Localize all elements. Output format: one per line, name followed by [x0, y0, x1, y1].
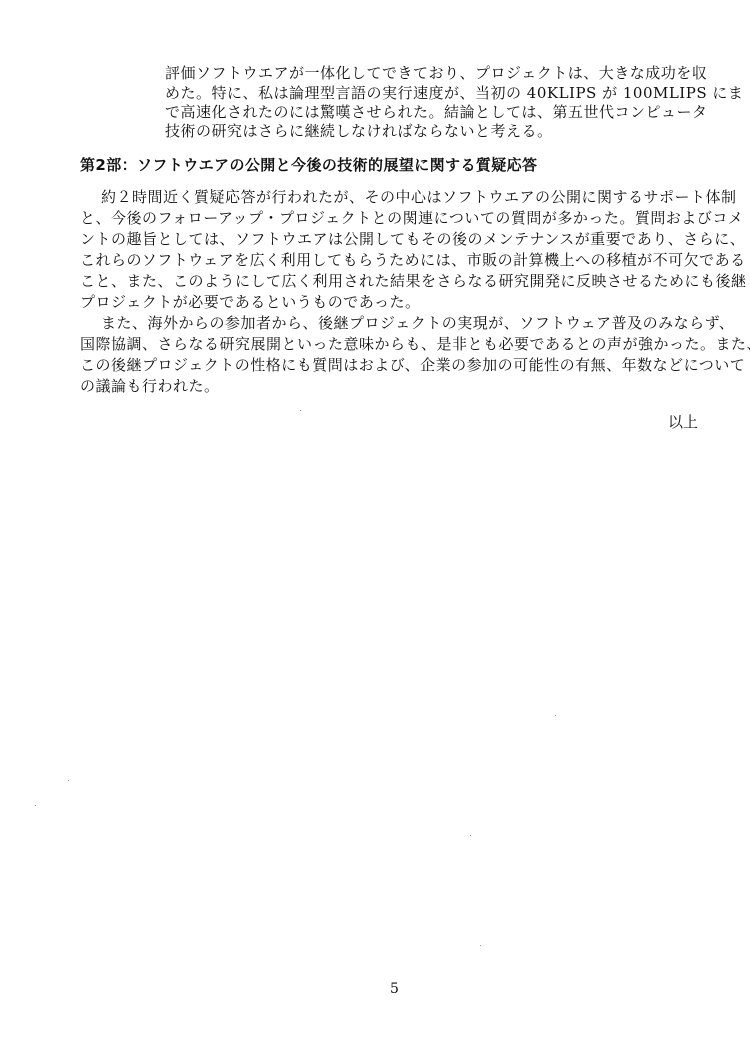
text-line: 技術の研究はさらに継続しなければならないと考える。: [165, 121, 553, 141]
text-line: また、海外からの参加者から、後継プロジェクトの実現が、ソフトウェア普及のみならず…: [101, 313, 734, 333]
text-line: と、今後のフォローアップ・プロジェクトとの関連についての質問が多かった。質問およ…: [80, 208, 743, 228]
page-number: 5: [390, 980, 399, 998]
text-line: プロジェクトが必要であるというものであった。: [80, 292, 421, 312]
text-line: で高速化されたのには驚嘆させられた。結論としては、第五世代コンピュータ: [165, 102, 708, 122]
scan-speck: [68, 780, 69, 781]
text-line: これらのソフトウェアを広く利用してもらうためには、市販の計算機上への移植が不可欠…: [80, 250, 746, 270]
scan-speck: [35, 805, 36, 806]
text-line: ントの趣旨としては、ソフトウエアは公開してもその後のメンテナンスが重要であり、さ…: [80, 229, 745, 249]
text-line: この後継プロジェクトの性格にも質問はおよび、企業の参加の可能性の有無、年数などに…: [80, 355, 745, 375]
text-line: めた。特に、私は論理型言語の実行速度が、当初の 40KLIPS が 100MLI…: [165, 83, 743, 103]
text-line: こと、また、このようにして広く利用された結果をさらなる研究開発に反映させるために…: [80, 271, 747, 291]
section-heading: 第2部：ソフトウエアの公開と今後の技術的展望に関する質疑応答: [80, 155, 537, 175]
closing-mark: 以上: [668, 412, 698, 432]
scan-speck: [300, 410, 301, 411]
text-line: 国際協調、さらなる研究展開といった意味からも、是非とも必要であるとの声が強かった…: [80, 334, 750, 354]
text-line: 約２時間近く質疑応答が行われたが、その中心はソフトウエアの公開に関するサポート体…: [101, 187, 737, 207]
scan-speck: [555, 715, 556, 716]
text-line: の議論も行われた。: [80, 376, 220, 396]
text-line: 評価ソフトウエアが一体化してできており、プロジェクトは、大きな成功を収: [165, 63, 707, 83]
scan-speck: [470, 835, 471, 836]
document-page: 評価ソフトウエアが一体化してできており、プロジェクトは、大きな成功を収 めた。特…: [0, 0, 750, 1054]
scan-speck: [480, 945, 481, 946]
